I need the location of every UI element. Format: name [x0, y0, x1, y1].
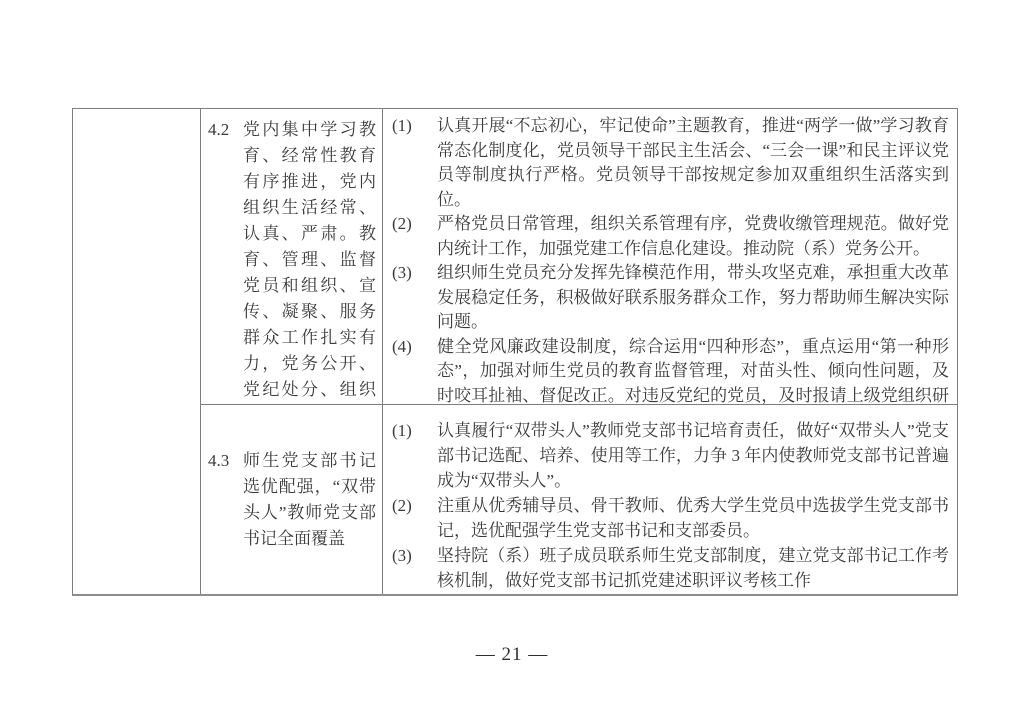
table-row-4-2: 4.2 党内集中学习教育、经常性教育有序推进，党内组织生活经常、认真、严肃。教育… — [201, 109, 957, 405]
table-body: 4.2 党内集中学习教育、经常性教育有序推进，党内组织生活经常、认真、严肃。教育… — [201, 109, 957, 594]
table-row-4-3: 4.3 师生党支部书记选优配强，“双带头人”教师党支部书记全面覆盖 (1) 认真… — [201, 405, 957, 594]
assessment-table: 4.2 党内集中学习教育、经常性教育有序推进，党内组织生活经常、认真、严肃。教育… — [72, 108, 958, 596]
document-page: 4.2 党内集中学习教育、经常性教育有序推进，党内组织生活经常、认真、严肃。教育… — [0, 0, 1024, 724]
measure-text: 严格党员日常管理，组织关系管理有序，党费收缴管理规范。做好党内统计工作，加强党建… — [437, 212, 949, 261]
measure-number: (3) — [392, 261, 437, 286]
measures-cell-4-3: (1) 认真履行“双带头人”教师党支部书记培育责任，做好“双带头人”党支部书记选… — [383, 405, 957, 594]
measure-item: (4) 健全党风廉政建设制度，综合运用“四种形态”，重点运用“第一种形态”，加强… — [392, 335, 949, 405]
measure-number: (2) — [392, 493, 437, 518]
measure-item: (1) 认真开展“不忘初心，牢记使命”主题教育，推进“两学一做”学习教育常态化制… — [392, 114, 949, 212]
criterion-item: 4.3 师生党支部书记选优配强，“双带头人”教师党支部书记全面覆盖 — [208, 448, 376, 552]
measure-item: (1) 认真履行“双带头人”教师党支部书记培育责任，做好“双带头人”党支部书记选… — [392, 418, 949, 493]
measure-text: 认真开展“不忘初心，牢记使命”主题教育，推进“两学一做”学习教育常态化制度化，党… — [437, 114, 949, 212]
measure-text: 认真履行“双带头人”教师党支部书记培育责任，做好“双带头人”党支部书记选配、培养… — [437, 418, 949, 493]
measure-number: (1) — [392, 418, 437, 443]
category-cell-empty — [73, 109, 201, 594]
measure-item: (2) 注重从优秀辅导员、骨干教师、优秀大学生党员中选拔学生党支部书记，选优配强… — [392, 493, 949, 543]
measure-number: (4) — [392, 335, 437, 360]
measures-cell-4-2: (1) 认真开展“不忘初心，牢记使命”主题教育，推进“两学一做”学习教育常态化制… — [383, 109, 957, 404]
criterion-code: 4.3 — [208, 448, 243, 474]
measure-text: 健全党风廉政建设制度，综合运用“四种形态”，重点运用“第一种形态”，加强对师生党… — [437, 335, 949, 405]
criterion-text: 党内集中学习教育、经常性教育有序推进，党内组织生活经常、认真、严肃。教育、管理、… — [243, 117, 376, 404]
measure-text: 注重从优秀辅导员、骨干教师、优秀大学生党员中选拔学生党支部书记，选优配强学生党支… — [437, 493, 949, 543]
measure-text: 坚持院（系）班子成员联系师生党支部制度，建立党支部书记工作考核机制，做好党支部书… — [437, 543, 949, 593]
criterion-item: 4.2 党内集中学习教育、经常性教育有序推进，党内组织生活经常、认真、严肃。教育… — [208, 117, 376, 404]
measure-number: (3) — [392, 543, 437, 568]
measure-number: (1) — [392, 114, 437, 139]
criterion-code: 4.2 — [208, 117, 243, 143]
page-number: — 21 — — [0, 644, 1024, 666]
measure-text: 组织师生党员充分发挥先锋模范作用，带头攻坚克难，承担重大改革发展稳定任务，积极做… — [437, 261, 949, 335]
measure-item: (3) 坚持院（系）班子成员联系师生党支部制度，建立党支部书记工作考核机制，做好… — [392, 543, 949, 593]
measure-number: (2) — [392, 212, 437, 237]
criterion-cell-4-3: 4.3 师生党支部书记选优配强，“双带头人”教师党支部书记全面覆盖 — [201, 405, 383, 594]
measure-item: (2) 严格党员日常管理，组织关系管理有序，党费收缴管理规范。做好党内统计工作，… — [392, 212, 949, 261]
measure-item: (3) 组织师生党员充分发挥先锋模范作用，带头攻坚克难，承担重大改革发展稳定任务… — [392, 261, 949, 335]
criterion-cell-4-2: 4.2 党内集中学习教育、经常性教育有序推进，党内组织生活经常、认真、严肃。教育… — [201, 109, 383, 404]
criterion-text: 师生党支部书记选优配强，“双带头人”教师党支部书记全面覆盖 — [243, 448, 376, 552]
